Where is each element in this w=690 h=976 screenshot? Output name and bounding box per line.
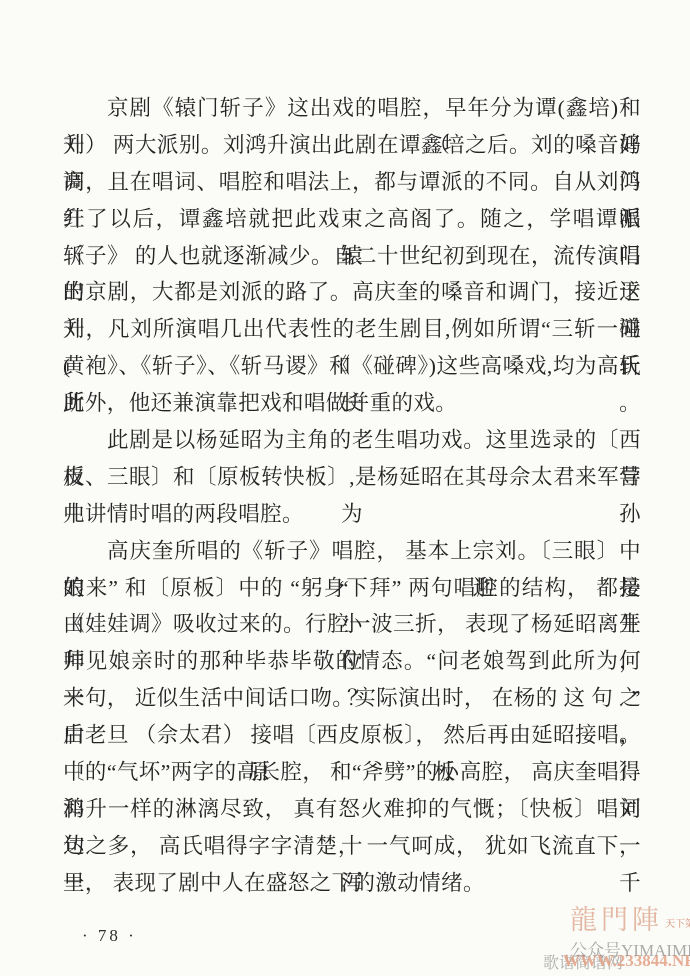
text-line: 高，且在唱词、唱腔和唱法上，都与谭派的不同。自从刘鸿升唱 (63, 164, 641, 201)
longmenzhen-seal-watermark: 龍門陣天下第一体 (570, 898, 690, 937)
body-text: 京剧《辕门斩子》这出戏的唱腔，早年分为谭(鑫培)和刘 （鸿升） 两大派别。刘鸿升… (63, 90, 641, 902)
text-line: 高庆奎所唱的《斩子》唱腔， 基本上宗刘。〔三眼〕中的 “迎接 (63, 533, 641, 570)
seal-text: 龍門陣 (570, 905, 663, 935)
text-line: 《娃娃调》吸收过来的。行腔一波三折， 表现了杨延昭离开帅位， (63, 606, 641, 643)
text-line: 中的“气坏”两字的高长腔， 和“斧劈”的小高腔， 高庆奎唱得和刘 (63, 754, 641, 791)
text-line: 斩子》 的人也就逐渐减少。自二十世纪初到现在，流传演唱的这 (63, 238, 641, 275)
text-line: 鸿升一样的淋漓尽致， 真有怒火难抑的气慨；〔快板〕唱词达十一 (63, 791, 641, 828)
url-watermark: WWW.233844.NET (563, 951, 690, 971)
text-line: 句之多， 高氏唱得字字清楚， 一气呵成， 犹如飞流直下， 一泻千 (63, 828, 641, 865)
account-watermark: 公众号YIMAIME (570, 936, 690, 961)
text-line: 此剧是以杨延昭为主角的老生唱功戏。这里选录的〔西 皮 导 (63, 422, 641, 459)
text-line: 红了以后，谭鑫培就把此戏束之高阁了。随之，学唱谭派 《辕门 (63, 201, 641, 238)
text-line: 京剧《辕门斩子》这出戏的唱腔，早年分为谭(鑫培)和刘 （鸿 (63, 90, 641, 127)
text-line: 娘来” 和〔原板〕中的 “躬身下拜” 两句唱腔的结构， 都是由小生 (63, 570, 641, 607)
page-number: · 78 · (82, 926, 137, 946)
text-line: 升） 两大派别。刘鸿升演出此剧在谭鑫培之后。刘的嗓音好调门 (63, 127, 641, 164)
text-line: 出京剧，大都是刘派的路了。高庆奎的嗓音和调门，接近于刘鸿 (63, 274, 641, 311)
text-line: 拜见娘亲时的那种毕恭毕敬的情态。“问老娘驾到此所为何来？” (63, 643, 641, 680)
book-page: 京剧《辕门斩子》这出戏的唱腔，早年分为谭(鑫培)和刘 （鸿升） 两大派别。刘鸿升… (0, 0, 690, 976)
text-line: 板、三眼〕和〔原板转快板〕,是杨延昭在其母佘太君来军营中为孙 (63, 459, 641, 496)
text-line: 升，凡刘所演唱几出代表性的老生剧目,例如所谓“三斩一碰(《斩 (63, 311, 641, 348)
text-line: 黄袍》、《斩子》、《斩马谡》和《碰碑》)这些高嗓戏,均为高氏所长。 (63, 348, 641, 385)
text-line: 由老旦 （佘太君） 接唱〔西皮原板〕， 然后再由延昭接唱。〔原板〕 (63, 717, 641, 754)
site-watermark: 歌谱简谱网 (543, 950, 623, 973)
text-line: 一句， 近似生活中间话口吻。实际演出时， 在杨的 这 句 之 后， (63, 680, 641, 717)
seal-subtext: 天下第一体 (665, 919, 690, 930)
